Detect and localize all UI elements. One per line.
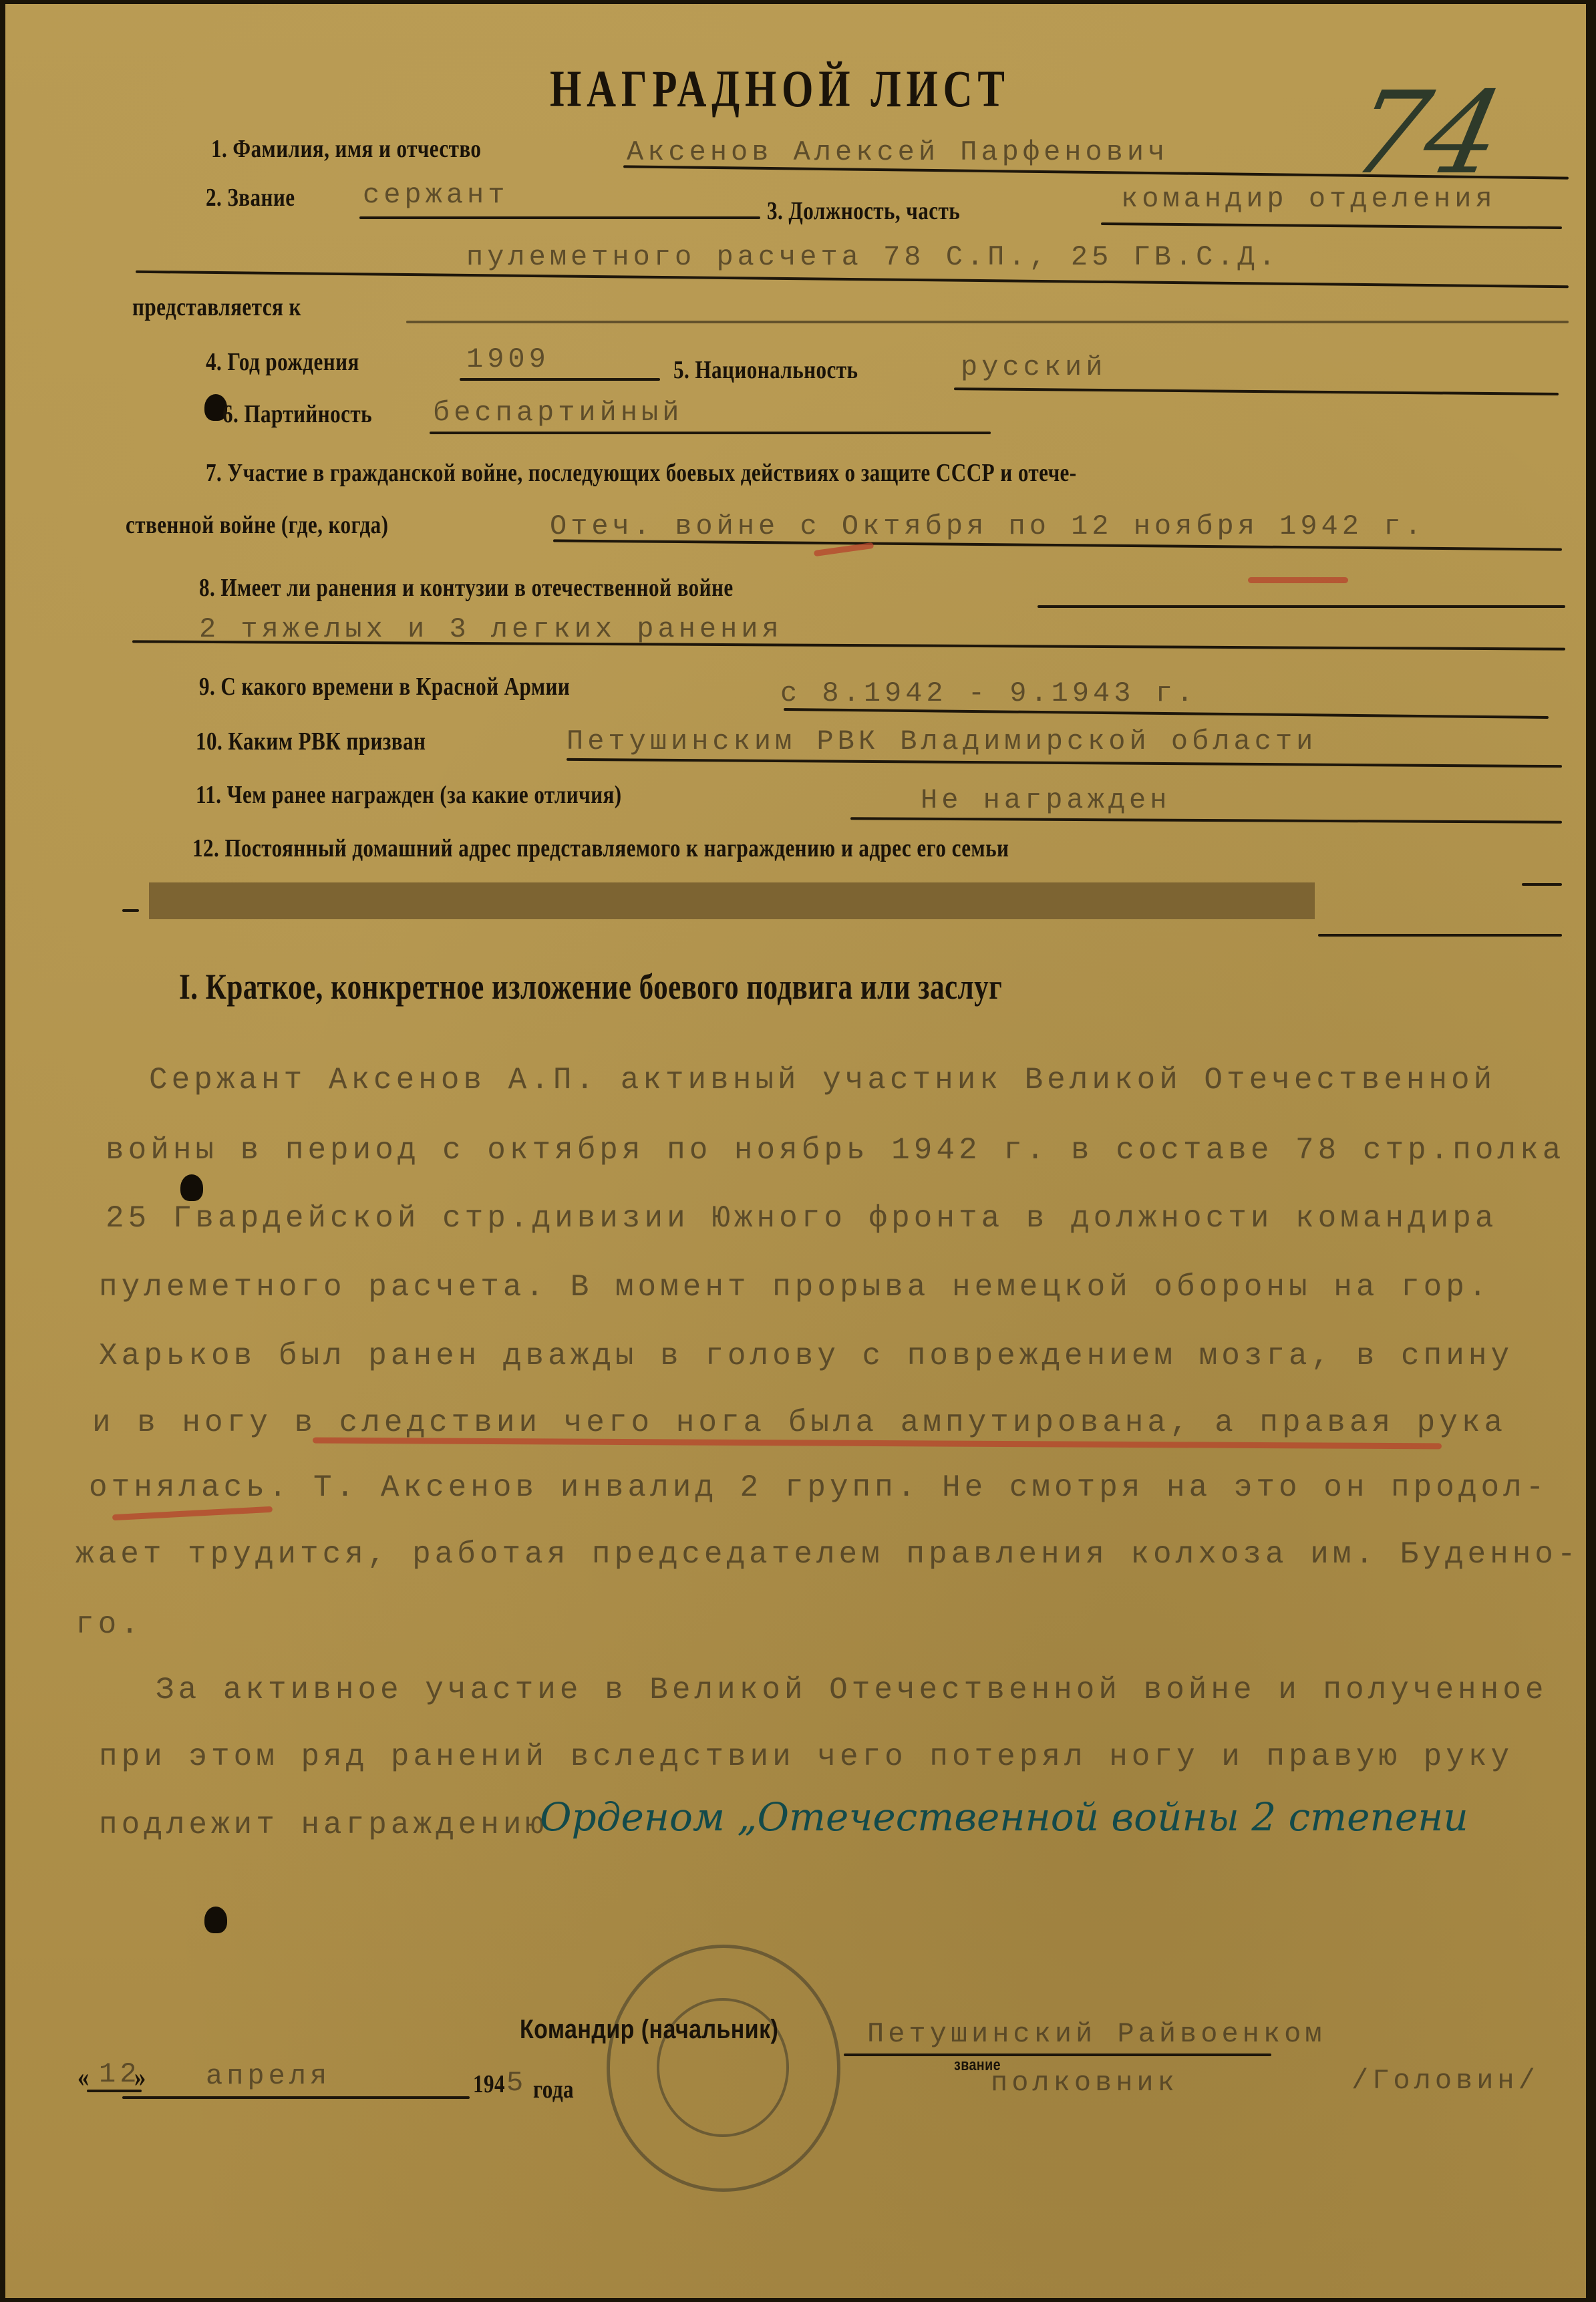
field-2-value: сержант [363,179,508,211]
body-line: пулеметного расчета. В момент прорыва не… [99,1270,1490,1305]
commander-value: Петушинский Райвоенком [867,2018,1326,2050]
underline [844,2053,1271,2056]
underline [122,2096,470,2099]
conclusion-line: За активное участие в Великой Отечествен… [156,1673,1547,1707]
underline [406,321,1569,323]
award-handwritten: Орденом „Отечественной войны 2 степени [540,1794,1468,1840]
field-11-value: Не награжден [921,784,1170,816]
underline [1101,222,1562,229]
field-4-label: 4. Год рождения [206,347,359,377]
underline [460,378,660,381]
body-line: и в ногу в следствии чего нога была ампу… [92,1406,1506,1440]
signature: /Головин/ [1351,2065,1539,2097]
field-2-label: 2. Звание [206,183,295,212]
field-7-label-line2: ственной войне (где, когда) [126,510,388,540]
date-year-suffix: 5 [506,2067,527,2099]
underline [784,708,1549,719]
field-8-label: 8. Имеет ли ранения и контузии в отечест… [199,573,734,603]
field-3-value-line2: пулеметного расчета 78 С.П., 25 ГВ.С.Д. [466,241,1279,273]
date-year-word: года [533,2075,574,2104]
underline [87,2090,142,2092]
underline [132,640,1565,650]
date-year-prefix: 194 [473,2070,505,2099]
sheet-number: 74 [1341,67,1513,200]
field-5-value: русский [961,351,1106,383]
conclusion-line: при этом ряд ранений вследствии чего пот… [99,1740,1513,1774]
body-line: войны в период с октября по ноябрь 1942 … [106,1133,1565,1168]
underline [122,909,139,912]
date-month: апреля [206,2060,331,2092]
underline [430,432,991,434]
date-open-quote: « [77,2062,90,2094]
field-3-label: 3. Должность, часть [767,196,960,226]
punch-hole [204,1907,227,1933]
underline [850,817,1562,824]
body-line: 25 Гвардейской стр.дивизии Южного фронта… [106,1201,1497,1236]
field-3-value-line1: командир отделения [1121,183,1496,215]
body-line: жает трудится, работая председателем пра… [75,1537,1580,1572]
field-12-label: 12. Постоянный домашний адрес представля… [192,834,1009,863]
award-sheet: НАГРАДНОЙ ЛИСТ 74 1. Фамилия, имя и отче… [5,4,1586,2298]
field-4-value: 1909 [466,343,550,375]
present-label: представляется к [132,293,301,322]
field-6-value: беспартийный [433,397,683,429]
field-1-label: 1. Фамилия, имя и отчество [211,134,481,164]
field-1-value: Аксенов Алексей Парфенович [627,136,1168,168]
field-7-value: Отеч. войне с Октября по 12 ноября 1942 … [550,510,1426,542]
underline [1038,605,1565,608]
field-7-label-line1: 7. Участие в гражданской войне, последую… [206,458,1077,488]
body-line: Сержант Аксенов А.П. активный участник В… [149,1063,1496,1098]
rank-value: полковник [991,2067,1178,2099]
body-line: го. [75,1607,143,1642]
redacted-address [149,882,1315,919]
section-heading: I. Краткое, конкретное изложение боевого… [179,966,1002,1007]
underline [1522,883,1562,886]
underline [359,216,760,219]
date-close-quote: » [134,2062,146,2094]
underline [954,387,1559,395]
field-10-value: Петушинским РВК Владимирской области [567,725,1317,758]
punch-hole [180,1174,203,1201]
body-line: Харьков был ранен дважды в голову с повр… [99,1339,1513,1373]
underline [567,758,1562,768]
field-10-label: 10. Каким РВК призван [196,727,426,756]
commander-label: Командир (начальник) [520,2015,778,2045]
body-line: отнялась. Т. Аксенов инвалид 2 групп. Не… [89,1470,1548,1505]
field-9-value: с 8.1942 - 9.1943 г. [780,677,1197,709]
red-pencil-mark [112,1506,273,1521]
field-5-label: 5. Национальность [673,355,858,385]
underline [1318,934,1562,937]
field-11-label: 11. Чем ранее награжден (за какие отличи… [196,780,622,810]
document-title: НАГРАДНОЙ ЛИСТ [550,59,1010,119]
red-pencil-mark [1248,577,1348,583]
conclusion-line: подлежит награждению [99,1808,548,1842]
field-9-label: 9. С какого времени в Красной Армии [199,672,570,701]
field-6-label: 6. Партийность [222,399,372,429]
